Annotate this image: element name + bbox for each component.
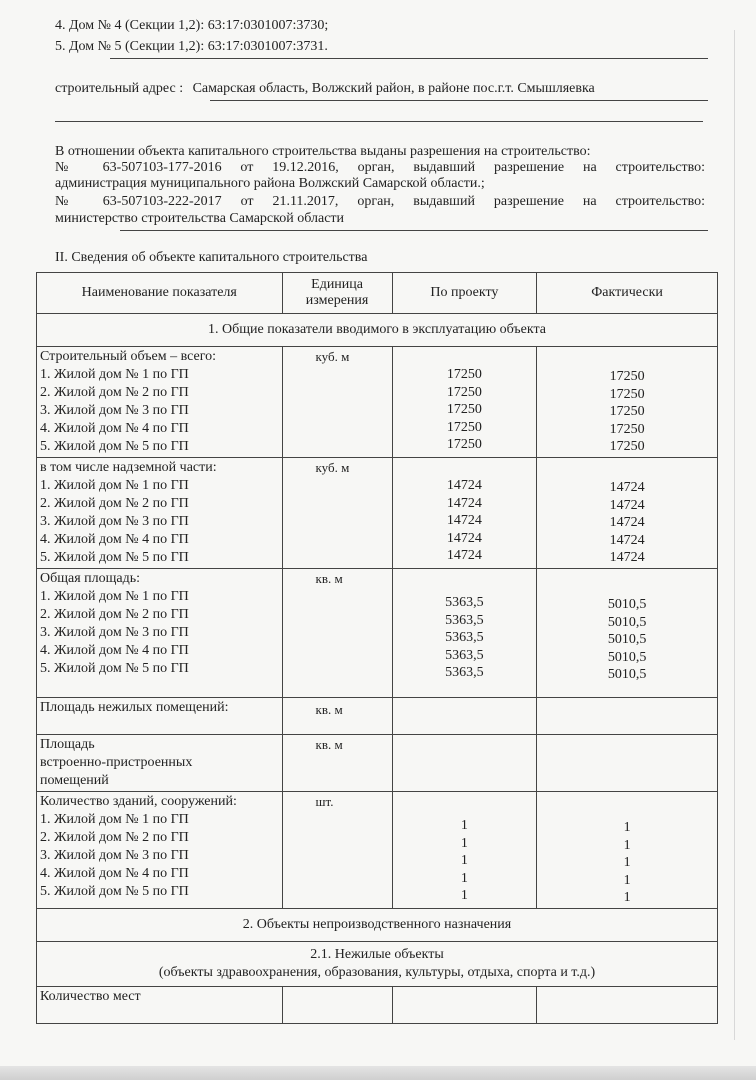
- row-actual-cell: 14724 14724 14724 14724 14724: [537, 458, 718, 569]
- table-row: Строительный объем – всего: 1. Жилой дом…: [37, 347, 718, 458]
- row-unit-cell: куб. м: [282, 458, 392, 569]
- project-value: 17250: [396, 401, 533, 419]
- row-title: встроенно-пристроенных: [40, 754, 279, 772]
- cadastral-line-5: 5. Дом № 5 (Секции 1,2): 63:17:0301007:3…: [55, 39, 328, 55]
- project-value: 1: [396, 870, 533, 888]
- project-value: 14724: [396, 547, 533, 565]
- project-value: 5363,5: [396, 629, 533, 647]
- row-item: 2. Жилой дом № 2 по ГП: [40, 606, 279, 624]
- actual-value: 1: [540, 819, 714, 837]
- actual-value: 14724: [540, 532, 714, 550]
- row-unit-cell: кв. м: [282, 698, 392, 735]
- project-value: 14724: [396, 495, 533, 513]
- permit-2-issuer: строительства Самарской области: [141, 211, 344, 226]
- row-unit-cell: [282, 986, 392, 1023]
- address-value: Самарская область, Волжский район, в рай…: [187, 81, 595, 96]
- row-item: 4. Жилой дом № 4 по ГП: [40, 642, 279, 660]
- row-unit: куб. м: [286, 459, 389, 477]
- project-value: 14724: [396, 530, 533, 548]
- permit-2-issuer-prefix: министерство: [55, 211, 141, 226]
- actual-value: 14724: [540, 479, 714, 497]
- section-1-title: 1. Общие показатели вводимого в эксплуат…: [37, 314, 718, 347]
- table-row: Площадь нежилых помещений: кв. м: [37, 698, 718, 735]
- section-2-title: 2. Объекты непроизводственного назначени…: [37, 908, 718, 941]
- permit-2-line-2: министерство строительства Самарской обл…: [55, 211, 344, 227]
- row-item: 4. Жилой дом № 4 по ГП: [40, 865, 279, 883]
- row-item: 5. Жилой дом № 5 по ГП: [40, 883, 279, 901]
- row-item: 3. Жилой дом № 3 по ГП: [40, 402, 279, 420]
- section-1-row: 1. Общие показатели вводимого в эксплуат…: [37, 314, 718, 347]
- row-unit-cell: куб. м: [282, 347, 392, 458]
- row-project-cell: 1 1 1 1 1: [392, 792, 536, 909]
- row-actual-cell: 17250 17250 17250 17250 17250: [537, 347, 718, 458]
- divider: [210, 100, 708, 101]
- row-project-cell: [392, 986, 536, 1023]
- section-2-row: 2. Объекты непроизводственного назначени…: [37, 908, 718, 941]
- row-title: Площадь нежилых помещений:: [40, 699, 279, 717]
- row-title: в том числе надземной части:: [40, 459, 279, 477]
- row-title: Общая площадь:: [40, 570, 279, 588]
- actual-value: 14724: [540, 497, 714, 515]
- page-edge: [734, 30, 735, 1040]
- header-name: Наименование показателя: [37, 273, 283, 314]
- row-item: 1. Жилой дом № 1 по ГП: [40, 366, 279, 384]
- row-unit: кв. м: [286, 570, 389, 588]
- project-value: 17250: [396, 366, 533, 384]
- actual-value: 5010,5: [540, 614, 714, 632]
- table-row: Площадь встроенно-пристроенных помещений…: [37, 735, 718, 792]
- row-item: 3. Жилой дом № 3 по ГП: [40, 624, 279, 642]
- divider: [55, 121, 703, 122]
- document-page: 4. Дом № 4 (Секции 1,2): 63:17:0301007:3…: [0, 0, 756, 1080]
- header-unit: Единица измерения: [282, 273, 392, 314]
- project-value: 14724: [396, 512, 533, 530]
- row-unit: шт.: [286, 793, 389, 811]
- row-unit-cell: шт.: [282, 792, 392, 909]
- permits-intro: В отношении объекта капитального строите…: [55, 144, 591, 160]
- row-actual-cell: [537, 698, 718, 735]
- divider: [110, 58, 708, 59]
- actual-value: 14724: [540, 549, 714, 567]
- row-item: 3. Жилой дом № 3 по ГП: [40, 513, 279, 531]
- header-project: По проекту: [392, 273, 536, 314]
- section-2-1-title: 2.1. Нежилые объекты (объекты здравоохра…: [37, 941, 718, 986]
- row-name-cell: Количество мест: [37, 986, 283, 1023]
- address-line: строительный адрес : Самарская область, …: [55, 81, 595, 97]
- cadastral-line-5-value: (Секции 1,2): 63:17:0301007:3731.: [125, 39, 328, 54]
- actual-value: 17250: [540, 438, 714, 456]
- section-2-1-row: 2.1. Нежилые объекты (объекты здравоохра…: [37, 941, 718, 986]
- row-item: 1. Жилой дом № 1 по ГП: [40, 588, 279, 606]
- divider: [120, 230, 708, 231]
- cadastral-line-5-prefix: 5. Дом № 5: [55, 39, 125, 54]
- actual-value: 17250: [540, 403, 714, 421]
- actual-value: 14724: [540, 514, 714, 532]
- row-name-cell: Строительный объем – всего: 1. Жилой дом…: [37, 347, 283, 458]
- row-name-cell: Количество зданий, сооружений: 1. Жилой …: [37, 792, 283, 909]
- row-actual-cell: [537, 986, 718, 1023]
- actual-value: 1: [540, 872, 714, 890]
- project-value: 5363,5: [396, 647, 533, 665]
- project-value: 17250: [396, 436, 533, 454]
- section-2-1-line-2: (объекты здравоохранения, образования, к…: [40, 964, 714, 982]
- table-row: Общая площадь: 1. Жилой дом № 1 по ГП 2.…: [37, 569, 718, 698]
- permit-1-line-2: администрация муниципального района Волж…: [55, 176, 485, 192]
- row-project-cell: [392, 698, 536, 735]
- project-value: 5363,5: [396, 664, 533, 682]
- table-row: Количество зданий, сооружений: 1. Жилой …: [37, 792, 718, 909]
- row-item: 5. Жилой дом № 5 по ГП: [40, 438, 279, 456]
- row-unit: кв. м: [286, 699, 389, 719]
- header-unit-line-1: Единица: [286, 277, 389, 293]
- row-item: 2. Жилой дом № 2 по ГП: [40, 829, 279, 847]
- project-value: 1: [396, 817, 533, 835]
- row-unit-cell: кв. м: [282, 569, 392, 698]
- row-project-cell: 14724 14724 14724 14724 14724: [392, 458, 536, 569]
- row-actual-cell: 1 1 1 1 1: [537, 792, 718, 909]
- row-item: 1. Жилой дом № 1 по ГП: [40, 811, 279, 829]
- row-title: Строительный объем – всего:: [40, 348, 279, 366]
- row-item: 1. Жилой дом № 1 по ГП: [40, 477, 279, 495]
- project-value: 1: [396, 852, 533, 870]
- object-info-table: Наименование показателя Единица измерени…: [36, 272, 718, 1024]
- row-name-cell: Площадь нежилых помещений:: [37, 698, 283, 735]
- row-title: помещений: [40, 772, 279, 790]
- permit-2-line-1: № 63-507103-222-2017 от 21.11.2017, орга…: [55, 194, 705, 210]
- row-title: Количество зданий, сооружений:: [40, 793, 279, 811]
- row-item: 4. Жилой дом № 4 по ГП: [40, 531, 279, 549]
- actual-value: 5010,5: [540, 596, 714, 614]
- project-value: 14724: [396, 477, 533, 495]
- section-2-1-line-1: 2.1. Нежилые объекты: [40, 946, 714, 964]
- actual-value: 5010,5: [540, 631, 714, 649]
- permit-1-line-1: № 63-507103-177-2016 от 19.12.2016, орга…: [55, 160, 705, 176]
- table-row: в том числе надземной части: 1. Жилой до…: [37, 458, 718, 569]
- project-value: 5363,5: [396, 594, 533, 612]
- row-unit: кв. м: [286, 736, 389, 754]
- row-unit-cell: кв. м: [282, 735, 392, 792]
- row-name-cell: в том числе надземной части: 1. Жилой до…: [37, 458, 283, 569]
- row-actual-cell: 5010,5 5010,5 5010,5 5010,5 5010,5: [537, 569, 718, 698]
- row-name-cell: Площадь встроенно-пристроенных помещений: [37, 735, 283, 792]
- table-header-row: Наименование показателя Единица измерени…: [37, 273, 718, 314]
- row-name-cell: Общая площадь: 1. Жилой дом № 1 по ГП 2.…: [37, 569, 283, 698]
- actual-value: 5010,5: [540, 666, 714, 684]
- actual-value: 1: [540, 837, 714, 855]
- section-title: II. Сведения об объекте капитального стр…: [55, 250, 367, 266]
- row-title: Площадь: [40, 736, 279, 754]
- actual-value: 1: [540, 854, 714, 872]
- row-item: 5. Жилой дом № 5 по ГП: [40, 549, 279, 567]
- row-item: 2. Жилой дом № 2 по ГП: [40, 384, 279, 402]
- actual-value: 5010,5: [540, 649, 714, 667]
- cadastral-line-4: 4. Дом № 4 (Секции 1,2): 63:17:0301007:3…: [55, 18, 328, 34]
- project-value: 17250: [396, 384, 533, 402]
- row-project-cell: 17250 17250 17250 17250 17250: [392, 347, 536, 458]
- table-row: Количество мест: [37, 986, 718, 1023]
- project-value: 1: [396, 835, 533, 853]
- address-label: строительный адрес :: [55, 81, 187, 96]
- row-actual-cell: [537, 735, 718, 792]
- actual-value: 1: [540, 889, 714, 907]
- row-title: Количество мест: [40, 988, 279, 1006]
- actual-value: 17250: [540, 421, 714, 439]
- actual-value: 17250: [540, 386, 714, 404]
- actual-value: 17250: [540, 368, 714, 386]
- header-unit-line-2: измерения: [286, 293, 389, 309]
- row-project-cell: 5363,5 5363,5 5363,5 5363,5 5363,5: [392, 569, 536, 698]
- project-value: 5363,5: [396, 612, 533, 630]
- project-value: 17250: [396, 419, 533, 437]
- header-actual: Фактически: [537, 273, 718, 314]
- row-item: 2. Жилой дом № 2 по ГП: [40, 495, 279, 513]
- row-unit: куб. м: [286, 348, 389, 366]
- row-item: 3. Жилой дом № 3 по ГП: [40, 847, 279, 865]
- row-item: 4. Жилой дом № 4 по ГП: [40, 420, 279, 438]
- project-value: 1: [396, 887, 533, 905]
- row-item: 5. Жилой дом № 5 по ГП: [40, 660, 279, 678]
- scan-shadow: [0, 1066, 756, 1080]
- row-project-cell: [392, 735, 536, 792]
